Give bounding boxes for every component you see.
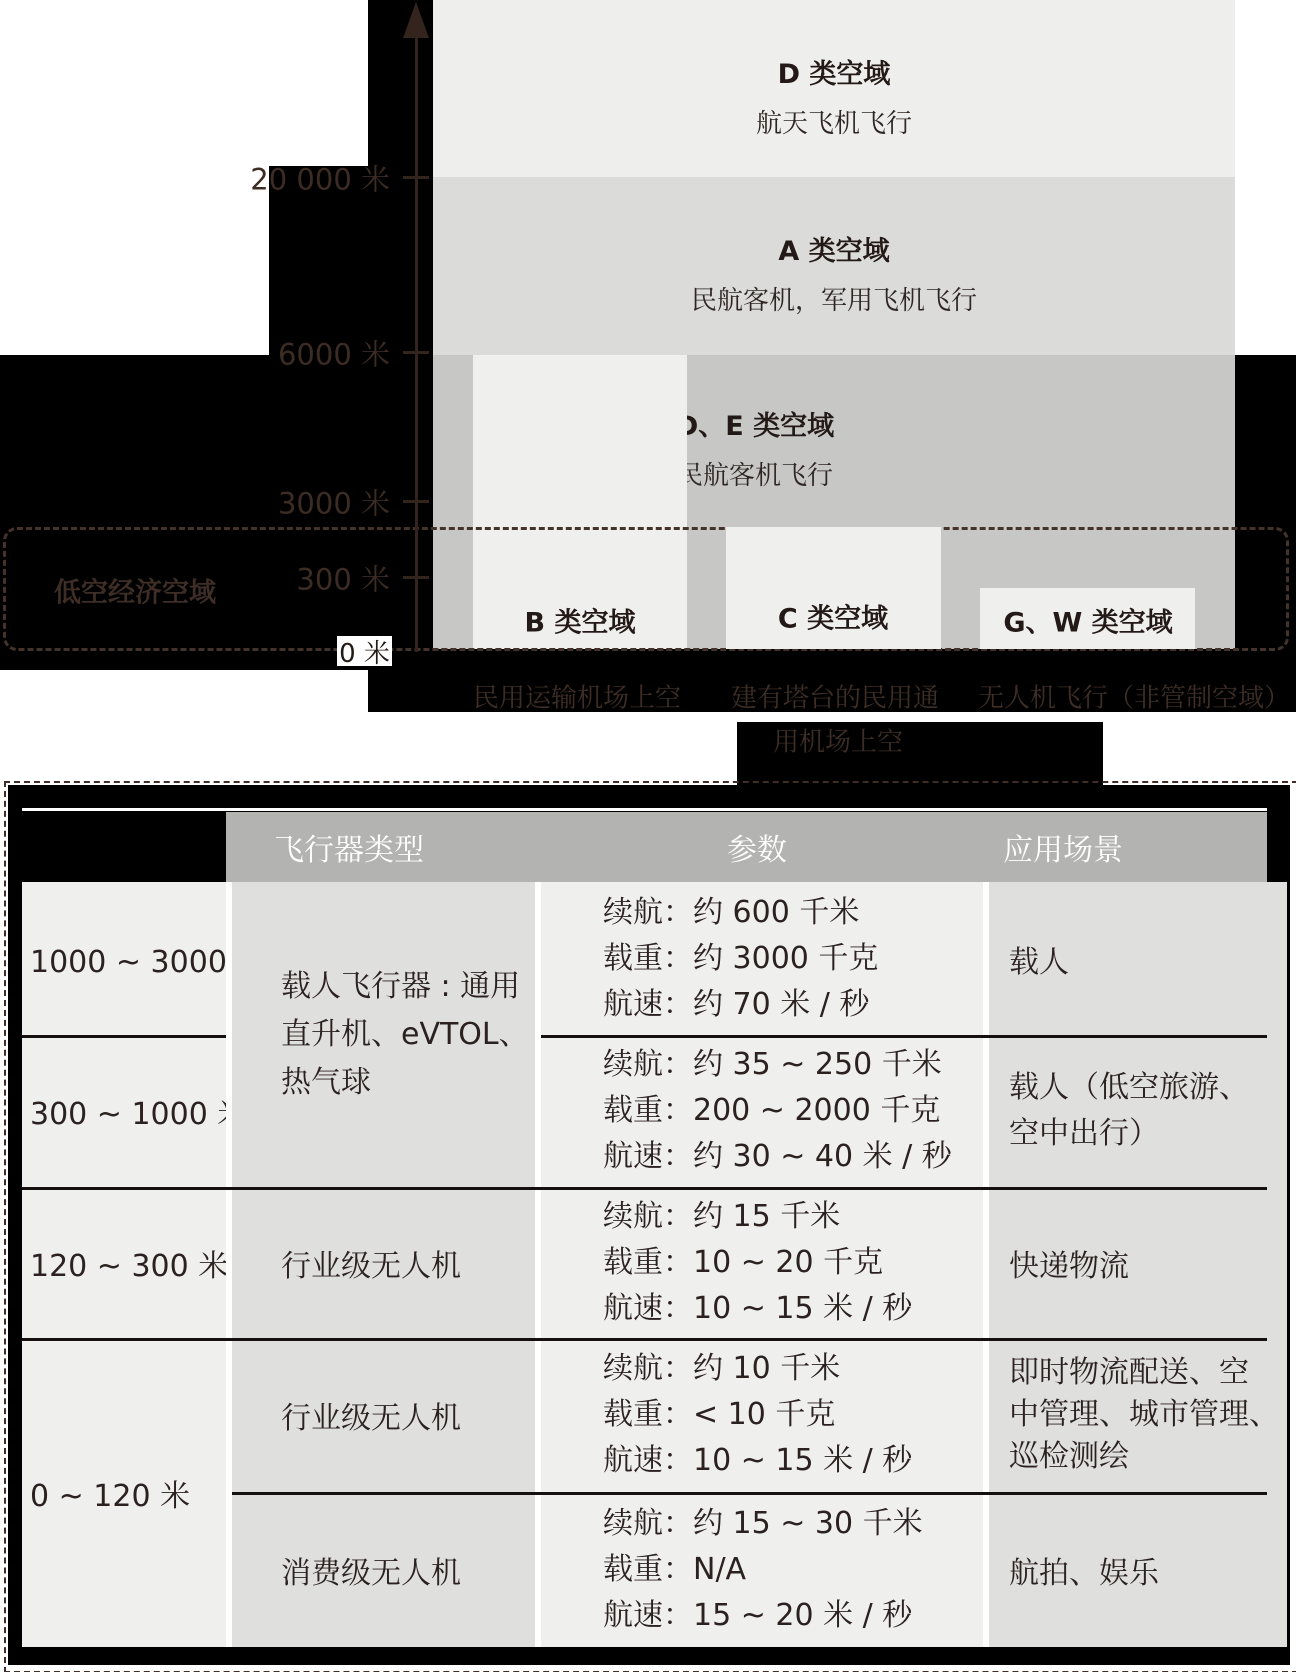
row-sep-3 [22,1338,1267,1341]
params-r3-line2: 载重：10 ~ 20 千克 [603,1240,1045,1286]
scenario-r1: 载人 [1009,937,1287,981]
scenario-r3: 快递物流 [1009,1241,1287,1285]
tick-300 [403,576,429,579]
zone-b-label: B 类空域 [525,601,636,640]
params-r4-line2: 载重：< 10 千克 [603,1392,1045,1438]
params-r4-line3: 航速：10 ~ 15 米 / 秒 [603,1438,1045,1484]
cell-type-r3: 行业级无人机 [232,1187,584,1338]
params-r4-line1: 续航：约 10 千米 [603,1346,1045,1392]
axis-arrow-icon [403,2,429,38]
table-header-scenario: 应用场景 [1003,825,1123,869]
zone-d-box: D 类空域 航天飞机飞行 [433,0,1235,177]
cell-params-r3: 续航：约 15 千米 载重：10 ~ 20 千克 航速：10 ~ 15 米 / … [541,1187,1045,1338]
tick-label-0-box: 0 米 [337,636,392,666]
cell-type-r4: 行业级无人机 [232,1338,584,1492]
scenario-r5: 航拍、娱乐 [1009,1548,1287,1592]
col-gap-3 [983,882,989,1647]
params-r1-line1: 续航：约 600 千米 [603,890,1045,936]
col-gap-1 [226,882,232,1647]
params-r3-line3: 航速：10 ~ 15 米 / 秒 [603,1286,1045,1332]
cell-params-r5: 续航：约 15 ~ 30 千米 载重：N/A 航速：15 ~ 20 米 / 秒 [541,1492,1045,1647]
cell-scenario-r4: 即时物流配送、空 中管理、城市管理、 巡检测绘 [989,1338,1287,1492]
tick-6000 [403,351,429,354]
params-r1-line2: 载重：约 3000 千克 [603,936,1045,982]
tick-label-300: 300 米 [220,558,390,599]
tick-label-0: 0 米 [339,633,390,670]
cell-params-r2: 续航：约 35 ~ 250 千米 载重：200 ~ 2000 千克 航速：约 3… [541,1035,1045,1187]
low-altitude-label: 低空经济空域 [54,571,216,610]
zone-a-label: A 类空域 [778,229,889,268]
cell-altitude-r1: 1000 ~ 3000 米 [22,882,234,1035]
altitude-r45: 0 ~ 120 米 [30,1471,234,1515]
cell-params-r4: 续航：约 10 千米 载重：< 10 千克 航速：10 ~ 15 米 / 秒 [541,1338,1045,1492]
params-r5-line1: 续航：约 15 ~ 30 千米 [603,1501,1045,1547]
zone-a-desc: 民航客机，军用飞机飞行 [691,280,977,317]
scenario-r4-line3: 巡检测绘 [1009,1436,1287,1478]
altitude-r3: 120 ~ 300 米 [30,1241,234,1285]
zone-a-box: A 类空域 民航客机，军用飞机飞行 [433,177,1235,355]
row-sep-2 [22,1187,1267,1190]
row-sep-1b [541,1035,1267,1038]
scenario-r2-line2: 空中出行） [1009,1111,1287,1157]
params-r5-line2: 载重：N/A [603,1547,1045,1593]
table-header-type: 飞行器类型 [274,825,424,869]
cell-scenario-r1: 载人 [989,882,1287,1035]
caption-under-b: 民用运输机场上空 [473,678,681,715]
params-r3-line1: 续航：约 15 千米 [603,1194,1045,1240]
tick-3000 [403,500,429,503]
axis-line [415,26,418,652]
cell-type-r12: 载人飞行器 : 通用 直升机、eVTOL、 热气球 [232,882,584,1187]
params-r2-line2: 载重：200 ~ 2000 千克 [603,1088,1045,1134]
tick-label-6000: 6000 米 [220,333,390,374]
row-sep-1a [22,1035,226,1038]
altitude-r2: 300 ~ 1000 米 [30,1089,234,1133]
row-sep-4 [232,1492,1267,1495]
cell-scenario-r2: 载人（低空旅游、 空中出行） [989,1035,1287,1187]
caption-under-c2: 用机场上空 [773,722,903,759]
zone-d-desc: 航天飞机飞行 [756,103,912,140]
cell-altitude-r2: 300 ~ 1000 米 [22,1035,234,1187]
cell-params-r1: 续航：约 600 千米 载重：约 3000 千克 航速：约 70 米 / 秒 [541,882,1045,1035]
cell-altitude-r3: 120 ~ 300 米 [22,1187,234,1338]
cell-type-r5: 消费级无人机 [232,1492,584,1647]
tick-label-20000: 20 000 米 [220,158,390,199]
table-header-params: 参数 [727,825,787,869]
zone-gw-label: G、W 类空域 [1003,601,1172,640]
spec-table: 飞行器类型 参数 应用场景 1000 ~ 3000 米 300 ~ 1000 米… [8,785,1290,1665]
tick-20000 [403,176,429,179]
cell-scenario-r3: 快递物流 [989,1187,1287,1338]
caption-under-gw: 无人机飞行（非管制空域） [978,678,1290,715]
page: D 类空域 航天飞机飞行 A 类空域 民航客机，军用飞机飞行 D、E 类空域 民… [0,0,1296,1672]
params-r2-line1: 续航：约 35 ~ 250 千米 [603,1042,1045,1088]
table-topline [22,808,1267,811]
params-r2-line3: 航速：约 30 ~ 40 米 / 秒 [603,1134,1045,1180]
cell-scenario-r5: 航拍、娱乐 [989,1492,1287,1647]
caption-under-c1: 建有塔台的民用通 [731,678,939,715]
scenario-r2-line1: 载人（低空旅游、 [1009,1065,1287,1111]
col-gap-2 [535,882,541,1647]
scenario-r4-line1: 即时物流配送、空 [1009,1352,1287,1394]
params-r1-line3: 航速：约 70 米 / 秒 [603,982,1045,1028]
zone-d-label: D 类空域 [778,52,891,91]
scenario-r4-line2: 中管理、城市管理、 [1009,1394,1287,1436]
altitude-r1: 1000 ~ 3000 米 [30,937,234,981]
cell-altitude-r45: 0 ~ 120 米 [22,1338,234,1647]
tick-label-3000: 3000 米 [220,482,390,523]
zone-c-label: C 类空域 [778,597,888,636]
params-r5-line3: 航速：15 ~ 20 米 / 秒 [603,1593,1045,1639]
